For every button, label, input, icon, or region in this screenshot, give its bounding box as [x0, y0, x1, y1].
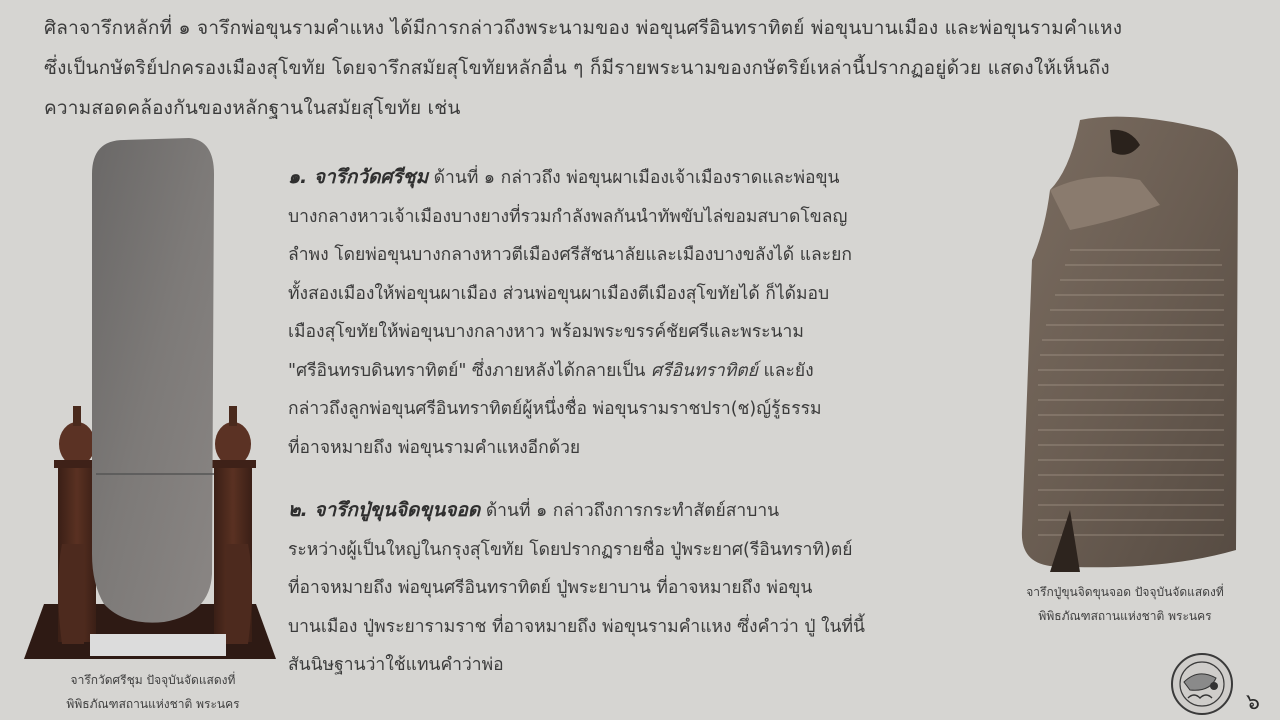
- museum-seal-logo-icon: [1170, 652, 1234, 716]
- caption-left: จารึกวัดศรีชุม ปัจจุบันจัดแสดงที่ พิพิธภ…: [40, 668, 266, 716]
- paragraph-heading: ๑. จารึกวัดศรีชุม: [288, 166, 428, 188]
- wat-si-chum-inscription-image: [24, 134, 276, 666]
- paragraph-heading: ๒. จารึกปู่ขุนจิดขุนจอด: [288, 499, 480, 521]
- intro-line: ซึ่งเป็นกษัตริย์ปกครองเมืองสุโขทัย โดยจา…: [44, 48, 1244, 88]
- caption-right: จารึกปู่ขุนจิดขุนจอด ปัจจุบันจัดแสดงที่ …: [1000, 580, 1250, 628]
- page-number: ๖: [1246, 684, 1260, 719]
- paragraph-pu-khun-chit: ๒. จารึกปู่ขุนจิดขุนจอด ด้านที่ ๑ กล่าวถ…: [288, 491, 978, 685]
- intro-line: ศิลาจารึกหลักที่ ๑ จารึกพ่อขุนรามคำแหง ไ…: [44, 8, 1244, 48]
- paragraph-wat-si-chum: ๑. จารึกวัดศรีชุม ด้านที่ ๑ กล่าวถึง พ่อ…: [288, 158, 978, 467]
- main-content: ๑. จารึกวัดศรีชุม ด้านที่ ๑ กล่าวถึง พ่อ…: [288, 158, 978, 685]
- pu-khun-chit-khun-chot-inscription-image: [1010, 110, 1242, 572]
- emphasized-name: ศรีอินทราทิตย์: [651, 361, 758, 381]
